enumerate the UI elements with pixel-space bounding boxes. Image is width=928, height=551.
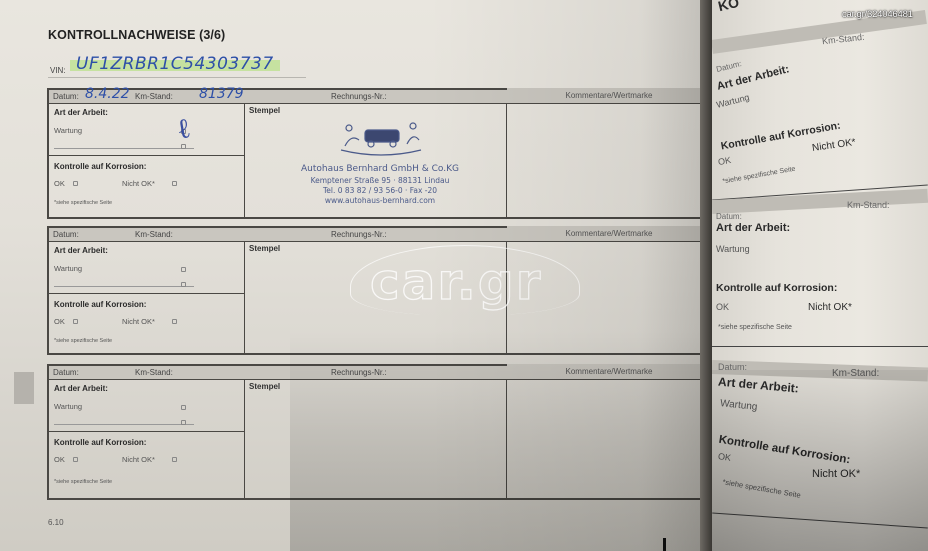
footnote: *siehe spezifische Seite	[54, 338, 112, 344]
right-entry-divider	[712, 346, 928, 347]
other-work-checkbox[interactable]	[181, 282, 186, 287]
right-entry-1-maintenance-label: Wartung	[715, 92, 750, 110]
stamp-company: Autohaus Bernhard GmbH & Co.KG	[275, 164, 485, 174]
work-column: Art der Arbeit: Wartung Kontrolle auf Ko…	[49, 242, 245, 353]
comments-label: Kommentare/Wertmarke	[507, 229, 711, 238]
service-entry-3: Datum: Km-Stand: Rechnungs-Nr.: Art der …	[47, 364, 711, 500]
corrosion-label: Kontrolle auf Korrosion:	[54, 300, 146, 309]
service-entry-2: Datum: Km-Stand: Rechnungs-Nr.: Art der …	[47, 226, 711, 355]
comments-column: Kommentare/Wertmarke	[507, 364, 711, 498]
right-entry-2-work-label: Art der Arbeit:	[716, 222, 790, 234]
stamp-column: Stempel	[245, 242, 507, 353]
right-entry-2-ok-label: OK	[716, 302, 729, 312]
other-work-checkbox[interactable]	[181, 420, 186, 425]
stamp-address: Kemptener Straße 95 · 88131 Lindau	[275, 176, 485, 185]
right-entry-2-corrosion-label: Kontrolle auf Korrosion:	[716, 282, 837, 294]
not-ok-label: Nicht OK*	[122, 455, 155, 464]
stamp-label: Stempel	[249, 382, 280, 391]
stamp-phone: Tel. 0 83 82 / 93 56-0 · Fax -20	[275, 186, 485, 195]
other-work-line	[54, 148, 194, 149]
other-work-line	[54, 424, 194, 425]
right-page-title-fragment: KO	[716, 0, 740, 14]
comments-header: Kommentare/Wertmarke	[507, 364, 711, 380]
work-section: Art der Arbeit: Wartung	[49, 380, 244, 432]
work-label: Art der Arbeit:	[54, 108, 108, 117]
page-number: 6.10	[48, 518, 64, 527]
right-entry-2-date-label: Datum:	[716, 212, 742, 221]
ok-checkbox[interactable]	[73, 319, 78, 324]
right-entry-1-date-label: Datum:	[715, 59, 742, 74]
vin-handwritten-value: UF1ZRBR1C54303737	[70, 54, 280, 74]
ok-checkbox[interactable]	[73, 457, 78, 462]
ok-label: OK	[54, 317, 65, 326]
corrosion-label: Kontrolle auf Korrosion:	[54, 162, 146, 171]
date-label: Datum:	[53, 92, 79, 101]
comments-column: Kommentare/Wertmarke	[507, 226, 711, 353]
maintenance-label: Wartung	[54, 402, 82, 411]
comments-label: Kommentare/Wertmarke	[507, 367, 711, 376]
work-label: Art der Arbeit:	[54, 384, 108, 393]
date-label: Datum:	[53, 368, 79, 377]
footnote: *siehe spezifische Seite	[54, 200, 112, 206]
booklet-right-page: KO VIN: Km-Stand: Datum: Art der Arbeit:…	[712, 0, 928, 551]
date-label: Datum:	[53, 230, 79, 239]
work-column: Art der Arbeit: Wartung Kontrolle auf Ko…	[49, 380, 245, 498]
stamp-column: Stempel Autohaus Bernhard GmbH & Co.KG K…	[245, 104, 507, 217]
km-label: Km-Stand:	[135, 92, 173, 101]
page-corner-mark	[663, 538, 666, 551]
service-entry-1: Datum: 8.4.22 Km-Stand: 81379 Rechnungs-…	[47, 88, 711, 219]
dealer-stamp: Autohaus Bernhard GmbH & Co.KG Kemptener…	[275, 114, 485, 209]
stamp-column: Stempel	[245, 380, 507, 498]
comments-column: Kommentare/Wertmarke	[507, 88, 711, 217]
maintenance-label: Wartung	[54, 264, 82, 273]
stamp-label: Stempel	[249, 244, 280, 253]
comments-label: Kommentare/Wertmarke	[507, 91, 711, 100]
maintenance-checkbox[interactable]	[181, 267, 186, 272]
work-section: Art der Arbeit: Wartung	[49, 242, 244, 294]
km-label: Km-Stand:	[135, 368, 173, 377]
stamp-website: www.autohaus-bernhard.com	[275, 196, 485, 205]
not-ok-checkbox[interactable]	[172, 181, 177, 186]
work-section: Art der Arbeit: Wartung ℓ	[49, 104, 244, 156]
maintenance-checkbox[interactable]	[181, 405, 186, 410]
not-ok-label: Nicht OK*	[122, 179, 155, 188]
other-work-line	[54, 286, 194, 287]
stamp-car-illustration-icon	[335, 116, 425, 156]
page-title: KONTROLLNACHWEISE (3/6)	[48, 28, 225, 42]
vin-label: VIN:	[50, 66, 66, 75]
ok-label: OK	[54, 455, 65, 464]
not-ok-label: Nicht OK*	[122, 317, 155, 326]
km-handwritten-value: 81379	[199, 86, 244, 102]
right-entry-2-maintenance-label: Wartung	[716, 244, 750, 254]
ok-checkbox[interactable]	[73, 181, 78, 186]
invoice-label: Rechnungs-Nr.:	[331, 368, 387, 377]
not-ok-checkbox[interactable]	[172, 319, 177, 324]
handwritten-check-mark: ℓ	[174, 111, 193, 147]
page-tab-marker	[14, 372, 34, 404]
right-entry-2-km-label: Km-Stand:	[847, 200, 890, 210]
right-entry-1-ok-label: OK	[717, 155, 732, 167]
date-handwritten-value: 8.4.22	[85, 86, 130, 102]
comments-header: Kommentare/Wertmarke	[507, 88, 711, 104]
invoice-label: Rechnungs-Nr.:	[331, 230, 387, 239]
vin-row: VIN: UF1ZRBR1C54303737	[48, 58, 306, 78]
not-ok-checkbox[interactable]	[172, 457, 177, 462]
work-column: Art der Arbeit: Wartung ℓ Kontrolle auf …	[49, 104, 245, 217]
ok-label: OK	[54, 179, 65, 188]
listing-id-watermark: car.gr/324046481	[842, 9, 913, 20]
invoice-label: Rechnungs-Nr.:	[331, 92, 387, 101]
work-label: Art der Arbeit:	[54, 246, 108, 255]
right-entry-2-footnote: *siehe spezifische Seite	[718, 324, 792, 331]
right-entry-1-footnote: *siehe spezifische Seite	[722, 166, 796, 186]
right-entry-1-not-ok-label: Nicht OK*	[811, 137, 856, 154]
corrosion-label: Kontrolle auf Korrosion:	[54, 438, 146, 447]
footnote: *siehe spezifische Seite	[54, 479, 112, 485]
maintenance-label: Wartung	[54, 126, 82, 135]
right-entry-2-not-ok-label: Nicht OK*	[808, 302, 852, 313]
booklet-left-page: KONTROLLNACHWEISE (3/6) VIN: UF1ZRBR1C54…	[0, 0, 712, 551]
km-label: Km-Stand:	[135, 230, 173, 239]
page-shadow	[712, 370, 928, 551]
comments-header: Kommentare/Wertmarke	[507, 226, 711, 242]
